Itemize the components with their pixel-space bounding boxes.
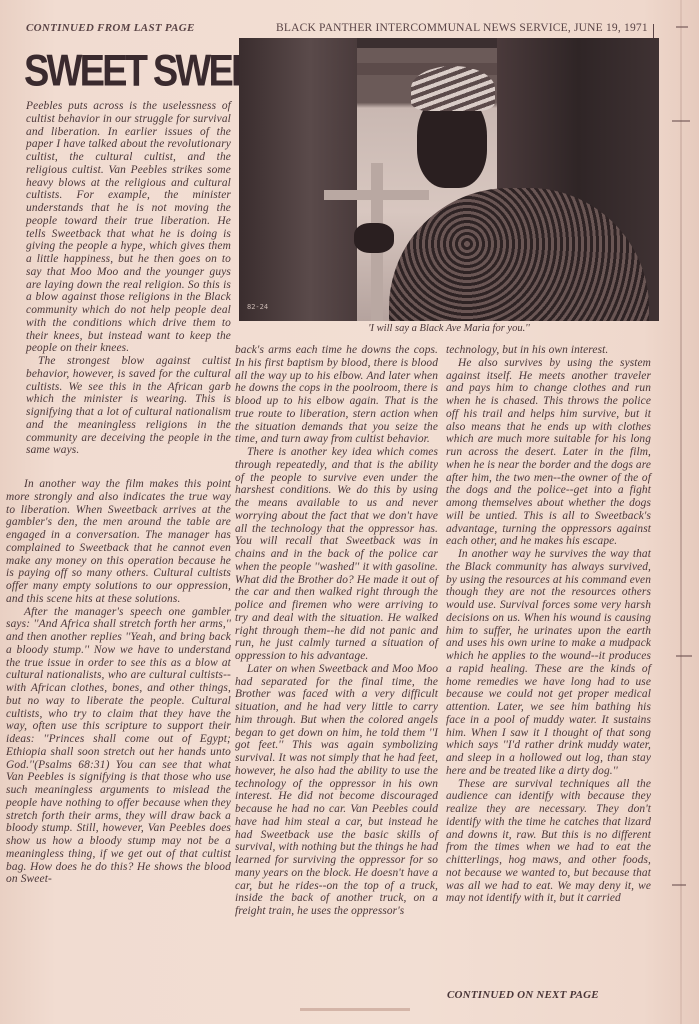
paragraph: He also survives by using the system aga… xyxy=(446,357,651,548)
photo-stamp: 82-24 xyxy=(247,303,268,311)
photo-wall-left xyxy=(239,38,357,321)
publication-dateline: BLACK PANTHER INTERCOMMUNAL NEWS SERVICE… xyxy=(276,22,648,34)
photo-caption: 'I will say a Black Ave Maria for you.'' xyxy=(239,323,659,334)
article-column-2: back's arms each time he downs the cops.… xyxy=(235,344,438,918)
edge-tick-mark xyxy=(676,655,692,657)
edge-tick-mark xyxy=(672,884,686,886)
edge-tick-mark xyxy=(676,26,688,28)
paper-tear-mark xyxy=(300,1008,410,1011)
header-rule xyxy=(653,24,654,38)
paragraph: technology, but in his own interest. xyxy=(446,344,651,357)
paragraph: These are survival techniques all the au… xyxy=(446,778,651,906)
article-column-1: Peebles puts across is the uselessness o… xyxy=(26,100,231,457)
article-column-1-lower: In another way the film makes this point… xyxy=(6,478,231,886)
paragraph: Later on when Sweetback and Moo Moo had … xyxy=(235,663,438,918)
paragraph: Peebles puts across is the uselessness o… xyxy=(26,100,231,355)
paragraph: After the manager's speech one gambler s… xyxy=(6,606,231,887)
continued-on-next-page-label: CONTINUED ON NEXT PAGE xyxy=(447,989,599,1001)
photo-figure-hand xyxy=(354,223,394,253)
edge-tick-mark xyxy=(672,120,690,122)
article-photo: 82-24 xyxy=(239,38,659,321)
paragraph: The strongest blow against cultist behav… xyxy=(26,355,231,457)
paragraph: In another way he survives the way that … xyxy=(446,548,651,778)
photo-figure-headwrap xyxy=(411,66,495,111)
continued-from-label: CONTINUED FROM LAST PAGE xyxy=(26,22,195,34)
article-headline: SWEET SWEETBACK xyxy=(24,44,234,98)
paragraph: back's arms each time he downs the cops.… xyxy=(235,344,438,446)
article-column-3: technology, but in his own interest. He … xyxy=(446,344,651,905)
newspaper-page: CONTINUED FROM LAST PAGE BLACK PANTHER I… xyxy=(0,0,699,1024)
paragraph: There is another key idea which comes th… xyxy=(235,446,438,663)
page-fold-line xyxy=(680,0,682,1024)
paragraph: In another way the film makes this point… xyxy=(6,478,231,606)
